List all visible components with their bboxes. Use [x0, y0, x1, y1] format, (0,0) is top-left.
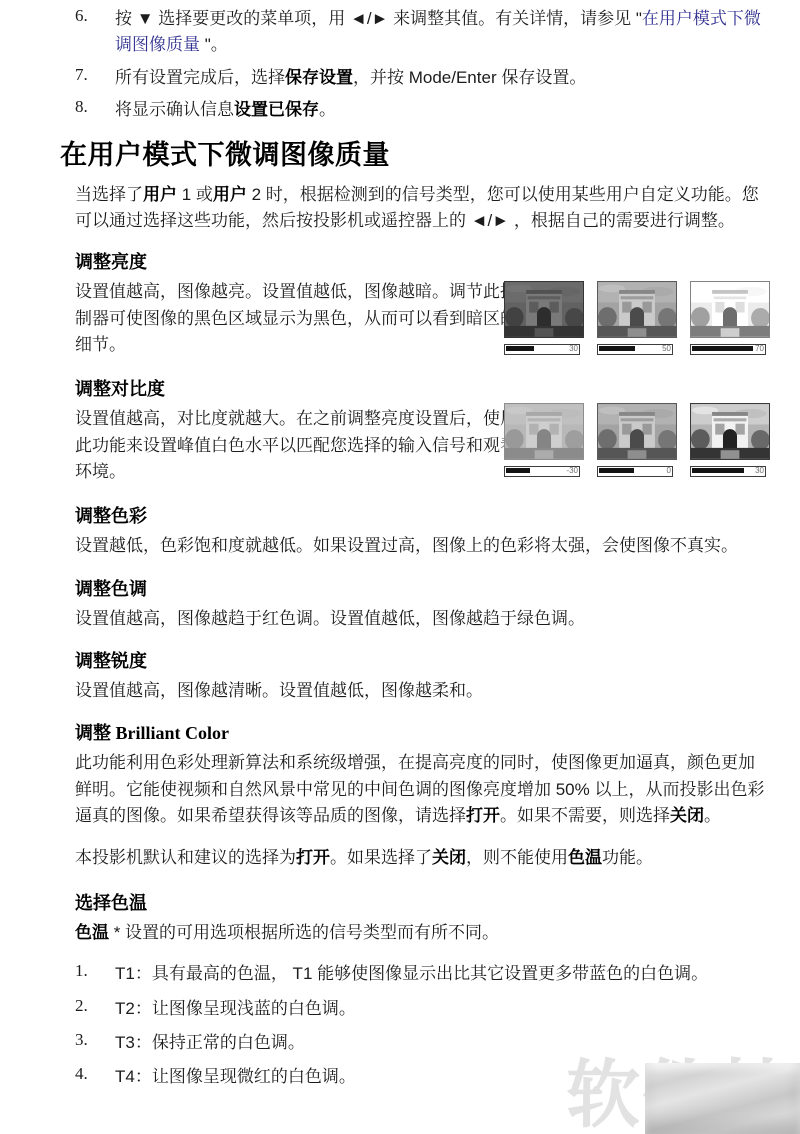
- list-item-t1: 1. T1：具有最高的色温， T1 能够使图像显示出比其它设置更多带蓝色的白色调…: [75, 961, 770, 987]
- contrast-examples: -30 0 30: [504, 403, 770, 477]
- brightness-slider-low: 30: [504, 344, 580, 355]
- section-color: 调整色彩 设置越低，色彩饱和度就越低。如果设置过高，图像上的色彩将太强，会使图像…: [75, 502, 770, 559]
- list-number: 2.: [75, 996, 115, 1022]
- arc-de-triomphe-image-normal-contrast: [597, 403, 677, 460]
- contrast-slider-low: -30: [504, 466, 580, 477]
- section-title-color: 调整色彩: [75, 502, 770, 528]
- list-item-text: T1：具有最高的色温， T1 能够使图像显示出比其它设置更多带蓝色的白色调。: [115, 961, 708, 987]
- list-item-text: T4：让图像呈现微红的白色调。: [115, 1064, 356, 1090]
- step-text: 按 ▼ 选择要更改的菜单项，用 ◄/► 来调整其值。有关详情，请参见 "在用户模…: [115, 6, 770, 59]
- section-sharpness: 调整锐度 设置值越高，图像越清晰。设置值越低，图像越柔和。: [75, 647, 770, 704]
- section-contrast: 调整对比度 设置值越高，对比度就越大。在之前调整亮度设置后，使用此功能来设置峰值…: [75, 375, 770, 487]
- step-number: 8.: [75, 97, 115, 123]
- contrast-text: 设置值越高，对比度就越大。在之前调整亮度设置后，使用此功能来设置峰值白色水平以匹…: [75, 406, 527, 485]
- intro-paragraph: 当选择了用户 1 或用户 2 时，根据检测到的信号类型，您可以使用某些用户自定义…: [75, 182, 770, 235]
- contrast-thumb-high: 30: [690, 403, 770, 477]
- color-temperature-list: 1. T1：具有最高的色温， T1 能够使图像显示出比其它设置更多带蓝色的白色调…: [75, 961, 770, 1090]
- slider-value: 0: [667, 467, 671, 474]
- step-item-6: 6. 按 ▼ 选择要更改的菜单项，用 ◄/► 来调整其值。有关详情，请参见 "在…: [75, 6, 770, 59]
- brightness-examples: 30 50 70: [504, 281, 770, 355]
- section-tint: 调整色调 设置值越高，图像越趋于红色调。设置值越低，图像越趋于绿色调。: [75, 575, 770, 632]
- list-item-t2: 2. T2：让图像呈现浅蓝的白色调。: [75, 996, 770, 1022]
- contrast-thumb-low: -30: [504, 403, 584, 477]
- list-number: 3.: [75, 1030, 115, 1056]
- brilliant-color-text: 此功能利用色彩处理新算法和系统级增强，在提高亮度的同时，使图像更加逼真，颜色更加…: [75, 750, 770, 829]
- list-item-text: T3：保持正常的白色调。: [115, 1030, 305, 1056]
- document-content: 6. 按 ▼ 选择要更改的菜单项，用 ◄/► 来调整其值。有关详情，请参见 "在…: [0, 0, 800, 1091]
- color-temperature-text: 色温 * 设置的可用选项根据所选的信号类型而有所不同。: [75, 920, 770, 946]
- section-title-sharpness: 调整锐度: [75, 647, 770, 673]
- section-brilliant-color: 调整 Brilliant Color 此功能利用色彩处理新算法和系统级增强，在提…: [75, 719, 770, 829]
- slider-value: 30: [755, 467, 764, 474]
- step-text: 所有设置完成后，选择保存设置，并按 Mode/Enter 保存设置。: [115, 65, 586, 91]
- brightness-thumb-high: 70: [690, 281, 770, 355]
- arc-de-triomphe-image-bright: [690, 281, 770, 338]
- arc-de-triomphe-image-low-contrast: [504, 403, 584, 460]
- sharpness-text: 设置值越高，图像越清晰。设置值越低，图像越柔和。: [75, 678, 770, 704]
- manual-page: { "page": {"link_color": "#2f2f8f", "wat…: [0, 0, 800, 1134]
- default-note: 本投影机默认和建议的选择为打开。如果选择了关闭，则不能使用色温功能。: [75, 845, 770, 871]
- list-item-t3: 3. T3：保持正常的白色调。: [75, 1030, 770, 1056]
- section-title-contrast: 调整对比度: [75, 375, 770, 401]
- section-title-color-temperature: 选择色温: [75, 889, 770, 915]
- page-title: 在用户模式下微调图像质量: [60, 139, 770, 171]
- arc-de-triomphe-image-normal: [597, 281, 677, 338]
- slider-fill: [506, 468, 530, 473]
- step-item-7: 7. 所有设置完成后，选择保存设置，并按 Mode/Enter 保存设置。: [75, 65, 770, 91]
- list-number: 1.: [75, 961, 115, 987]
- contrast-slider-high: 30: [690, 466, 766, 477]
- slider-fill: [599, 468, 634, 473]
- contrast-slider-mid: 0: [597, 466, 673, 477]
- section-color-temperature: 选择色温 色温 * 设置的可用选项根据所选的信号类型而有所不同。: [75, 889, 770, 946]
- contrast-thumb-mid: 0: [597, 403, 677, 477]
- step-text: 将显示确认信息设置已保存。: [115, 97, 336, 123]
- step-number: 7.: [75, 65, 115, 91]
- slider-fill: [692, 468, 744, 473]
- brightness-thumb-mid: 50: [597, 281, 677, 355]
- section-title-brilliant-color: 调整 Brilliant Color: [75, 719, 770, 745]
- brightness-slider-high: 70: [690, 344, 766, 355]
- list-number: 4.: [75, 1064, 115, 1090]
- slider-fill: [599, 346, 635, 351]
- section-brightness: 调整亮度 设置值越高，图像越亮。设置值越低，图像越暗。调节此控制器可使图像的黑色…: [75, 248, 770, 360]
- brightness-text: 设置值越高，图像越亮。设置值越低，图像越暗。调节此控制器可使图像的黑色区域显示为…: [75, 279, 527, 358]
- list-item-text: T2：让图像呈现浅蓝的白色调。: [115, 996, 356, 1022]
- brightness-slider-mid: 50: [597, 344, 673, 355]
- step-item-8: 8. 将显示确认信息设置已保存。: [75, 97, 770, 123]
- arc-de-triomphe-image-dark: [504, 281, 584, 338]
- brightness-thumb-low: 30: [504, 281, 584, 355]
- arc-de-triomphe-image-high-contrast: [690, 403, 770, 460]
- slider-value: 50: [662, 345, 671, 352]
- list-item-t4: 4. T4：让图像呈现微红的白色调。: [75, 1064, 770, 1090]
- color-text: 设置越低，色彩饱和度就越低。如果设置过高，图像上的色彩将太强，会使图像不真实。: [75, 533, 770, 559]
- slider-value: -30: [566, 467, 578, 474]
- step-number: 6.: [75, 6, 115, 59]
- slider-fill: [506, 346, 534, 351]
- section-title-brightness: 调整亮度: [75, 248, 770, 274]
- tint-text: 设置值越高，图像越趋于红色调。设置值越低，图像越趋于绿色调。: [75, 606, 770, 632]
- slider-fill: [692, 346, 753, 351]
- section-title-tint: 调整色调: [75, 575, 770, 601]
- slider-value: 30: [569, 345, 578, 352]
- slider-value: 70: [755, 345, 764, 352]
